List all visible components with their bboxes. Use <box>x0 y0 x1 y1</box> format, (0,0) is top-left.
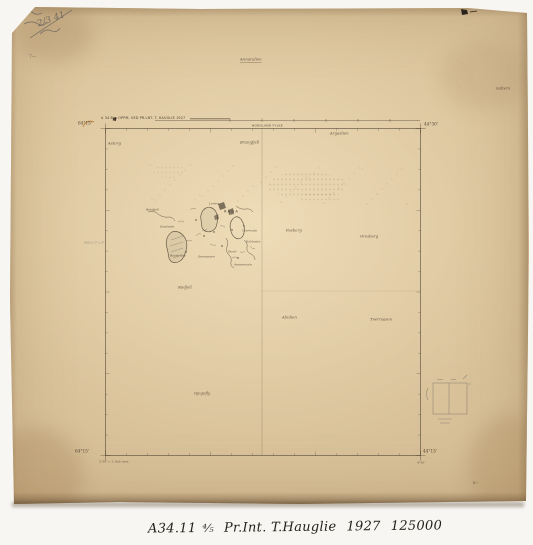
graticule-label-top-left: 64°15' <box>78 121 92 126</box>
place-label: Annarulien <box>240 57 262 63</box>
place-label: Sandvatn <box>160 225 174 229</box>
graticule-sublabel-bottom-right: 4°30' <box>417 461 425 465</box>
map-linework <box>0 0 533 512</box>
scanned-map-sheet: A 34 B ◆ OPPM. VED PR.LNT. T. HAUGLIE 19… <box>0 0 533 545</box>
place-label: Riefjell <box>178 285 192 289</box>
place-label: Brangfjell <box>240 140 259 144</box>
place-label: Reinfjell <box>146 208 159 212</box>
pencil-bottom-right-mark: B.² <box>473 481 478 485</box>
caption-fraction: ⁴⁄₅ <box>202 522 214 535</box>
caption-sheet-number: A34.11 <box>148 521 197 537</box>
paper-drop-shadow <box>12 502 524 507</box>
caption-year: 1927 <box>346 519 380 534</box>
sheet-caption: A34.11⁴⁄₅Pr.Int. T.Hauglie1927125000 <box>148 518 442 536</box>
caption-credit: Pr.Int. T.Hauglie <box>224 520 337 536</box>
place-label: Fosberg <box>286 228 302 232</box>
pencil-corner-mark: 7— <box>29 54 36 59</box>
sheet-header-line2: NORDLAND FYLKE <box>252 124 283 128</box>
pencil-margin-note: FJELL Iᵐ a 5ᵐ <box>84 241 105 245</box>
map-paper: A 34 B ◆ OPPM. VED PR.LNT. T. HAUGLIE 19… <box>0 0 533 512</box>
stipple-texture <box>300 192 342 204</box>
place-label: Kobbvatn <box>246 240 260 244</box>
sheet-header-line1: A 34 B ◆ OPPM. VED PR.LNT. T. HAUGLIE 19… <box>101 116 185 120</box>
place-label: Saltern <box>496 86 510 90</box>
graticule-label-bottom-right: 44°15' <box>423 449 437 454</box>
map-frame <box>106 129 421 456</box>
pencil-index-sketch <box>427 375 472 423</box>
place-label: Tverrvatn <box>242 229 257 233</box>
place-label: Storli <box>228 250 236 254</box>
graticule-label-top-right: 44°30' <box>424 122 438 127</box>
place-label: Gjegnfly <box>194 391 210 395</box>
place-label: Snenaasen <box>198 255 215 259</box>
place-label: RANA <box>224 210 239 214</box>
place-label: Argaslien <box>330 131 349 135</box>
meridian-note: 2°30' o. f. Oslo mer. <box>99 460 129 464</box>
place-label: Astorg <box>108 141 121 145</box>
registration-blob-mark <box>461 9 468 15</box>
graticule-label-bottom-left: 64°15' <box>75 449 89 454</box>
place-label: Leiren <box>209 202 219 206</box>
place-label: Ammervatn <box>234 263 252 267</box>
place-label: Baard Gry <box>170 254 186 258</box>
place-label: Almlien <box>282 315 297 319</box>
place-label: Tverraasen <box>370 317 392 321</box>
stipple-texture <box>152 165 186 178</box>
place-label: Gresberg <box>360 234 378 238</box>
caption-scale: 125000 <box>391 518 443 534</box>
frame-tick-marks <box>101 124 426 461</box>
